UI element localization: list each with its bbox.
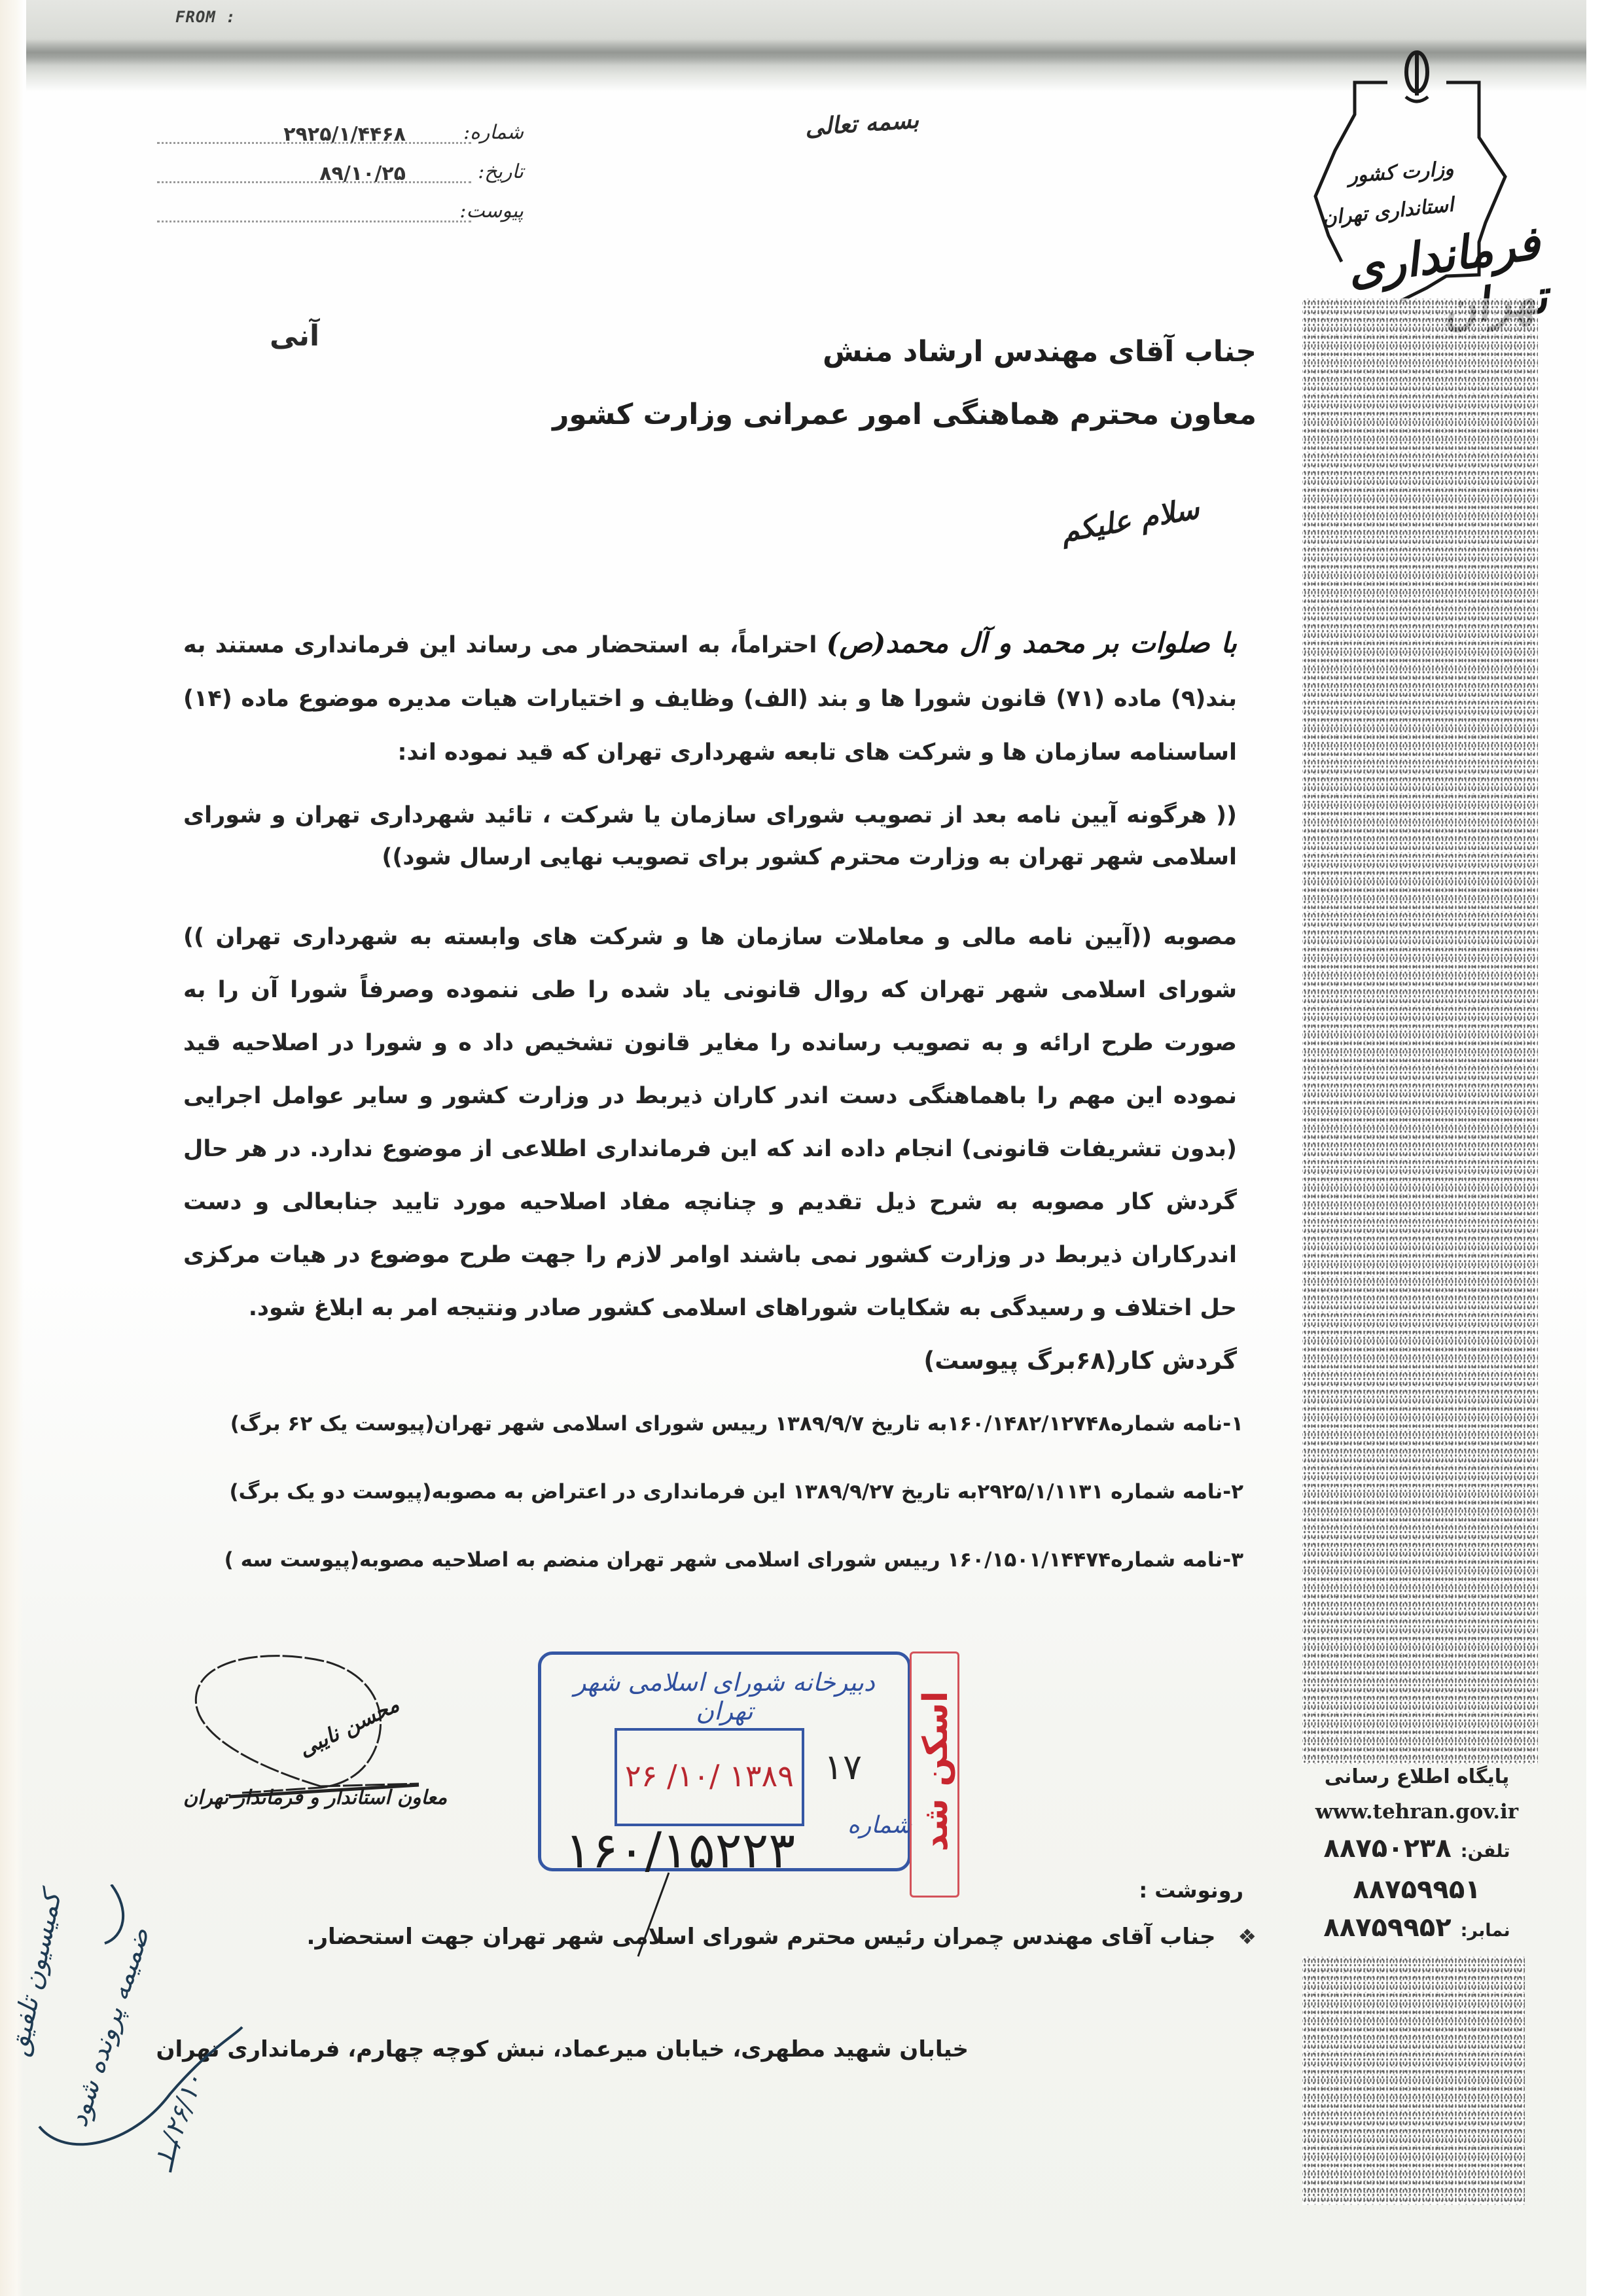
- cc-recipient: جناب آقای مهندس چمران رئیس محترم شورای ا…: [307, 1924, 1216, 1950]
- number-dots: ۲۹۲۵/۱/۴۴۶۸: [157, 124, 471, 144]
- signature-block: محسن نایبی معاون استاندار و فرماندار تهر…: [177, 1636, 452, 1832]
- fax-from-label: FROM :: [175, 8, 236, 26]
- iran-emblem-icon: [1406, 51, 1428, 101]
- governorate-logo: وزارت کشور استانداری تهران فرمانداری تهر…: [1230, 46, 1544, 301]
- handwritten-note: کمیسیون تلفیق ضمیمه پرونده شود ۲۶/۱۰/ ۱: [26, 1884, 275, 2192]
- signatory-title: معاون استاندار و فرماندار تهران: [183, 1786, 447, 1809]
- registry-handwritten-count: ۱۷: [824, 1746, 862, 1788]
- cc-label: رونوشت :: [1139, 1878, 1243, 1903]
- attachments-title: گردش کار(۶۸برگ پیوست): [923, 1347, 1237, 1375]
- meta-date-row: تاریخ: ۸۹/۱۰/۲۵: [157, 144, 524, 183]
- phone-row-2: ۸۸۷۵۹۹۵۱: [1293, 1871, 1541, 1909]
- footer-address: خیابان شهید مطهری، خیابان میرعماد، نبش ک…: [156, 2036, 969, 2062]
- salavat-phrase: با صلوات بر محمد و آل محمد(ص): [827, 627, 1237, 659]
- meta-attachment-row: پیوست:: [157, 183, 524, 222]
- number-label: شماره:: [471, 121, 524, 144]
- scan-stamp-text: اسکن شد: [916, 1657, 955, 1886]
- attachment-label: پیوست:: [471, 200, 524, 222]
- fax-label: نمابر:: [1461, 1920, 1510, 1941]
- addressee-name: جناب آقای مهندس ارشاد منش: [340, 321, 1257, 383]
- body-paragraph-3: مصوبه ((آیین نامه مالی و معاملات سازمان …: [183, 911, 1237, 1335]
- phone-row-1: تلفن: ۸۸۷۵۰۲۳۸: [1293, 1829, 1541, 1871]
- handwritten-curve-icon: [26, 1884, 275, 2192]
- attachments-list: ۱-نامه شماره۱۶۰/۱۴۸۲/۱۲۷۴۸به تاریخ ۱۳۸۹/…: [196, 1408, 1243, 1612]
- scan-stamp: اسکن شد: [910, 1651, 959, 1898]
- scanned-letter-page: FROM : شماره: ۲۹۲۵/۱/۴۴۶۸ تاریخ: ۸۹/۱۰/۲…: [0, 0, 1623, 2296]
- priority-urgent: آنی: [270, 319, 319, 353]
- registry-stamp-title: دبیرخانه شورای اسلامی شهر تهران: [561, 1668, 888, 1725]
- meta-number-row: شماره: ۲۹۲۵/۱/۴۴۶۸: [157, 105, 524, 144]
- right-margin: [1586, 0, 1623, 2296]
- attachment-item: ۳-نامه شماره۱۶۰/۱۵۰۱/۱۴۴۷۴ رییس شورای اس…: [196, 1544, 1243, 1612]
- registry-date-box: ۱۳۸۹ /۱۰/ ۲۶: [615, 1728, 804, 1826]
- date-dots: ۸۹/۱۰/۲۵: [157, 163, 471, 183]
- fax-row: نمابر: ۸۸۷۵۹۹۵۲: [1293, 1909, 1541, 1950]
- security-pattern-upper: [1302, 298, 1538, 1764]
- info-portal-label: پایگاه اطلاع رسانی: [1293, 1760, 1541, 1794]
- phone-number-1: ۸۸۷۵۰۲۳۸: [1324, 1833, 1452, 1863]
- attachment-item: ۲-نامه شماره ۲۹۲۵/۱/۱۱۳۱به تاریخ ۱۳۸۹/۹/…: [196, 1476, 1243, 1544]
- letter-meta: شماره: ۲۹۲۵/۱/۴۴۶۸ تاریخ: ۸۹/۱۰/۲۵ پیوست…: [157, 105, 524, 222]
- letter-number: ۲۹۲۵/۱/۴۴۶۸: [283, 123, 406, 146]
- attachment-dots: [157, 202, 471, 222]
- phone-label: تلفن:: [1461, 1841, 1510, 1862]
- registry-stamp: دبیرخانه شورای اسلامی شهر تهران ۱۳۸۹ /۱۰…: [538, 1651, 911, 1871]
- security-pattern-lower: [1302, 1956, 1525, 2205]
- attachment-item: ۱-نامه شماره۱۶۰/۱۴۸۲/۱۲۷۴۸به تاریخ ۱۳۸۹/…: [196, 1408, 1243, 1476]
- left-paper-edge: [0, 0, 24, 2296]
- body-paragraph-1: با صلوات بر محمد و آل محمد(ص) احتراماً، …: [183, 616, 1237, 779]
- registry-number-label: شماره: [847, 1812, 912, 1839]
- date-label: تاریخ:: [471, 160, 524, 183]
- fax-number: ۸۸۷۵۹۹۵۲: [1323, 1913, 1451, 1943]
- addressee-title: معاون محترم هماهنگی امور عمرانی وزارت کش…: [340, 383, 1257, 446]
- phone-number-2: ۸۸۷۵۹۹۵۱: [1353, 1875, 1480, 1905]
- website-link[interactable]: www.tehran.gov.ir: [1293, 1794, 1541, 1829]
- registry-number: ۱۶۰/۱۵۲۲۳: [565, 1821, 795, 1879]
- body-paragraph-quote: (( هرگونه آیین نامه بعد از تصویب شورای س…: [183, 794, 1237, 878]
- addressee-block: جناب آقای مهندس ارشاد منش معاون محترم هم…: [340, 321, 1257, 446]
- registry-date: ۱۳۸۹ /۱۰/ ۲۶: [617, 1758, 802, 1793]
- contact-info: پایگاه اطلاع رسانی www.tehran.gov.ir تلف…: [1293, 1760, 1541, 1950]
- diamond-bullet-icon: ❖: [1238, 1924, 1257, 1949]
- letter-date: ۸۹/۱۰/۲۵: [319, 162, 406, 185]
- cc-item: ❖ جناب آقای مهندس چمران رئیس محترم شورای…: [307, 1924, 1257, 1950]
